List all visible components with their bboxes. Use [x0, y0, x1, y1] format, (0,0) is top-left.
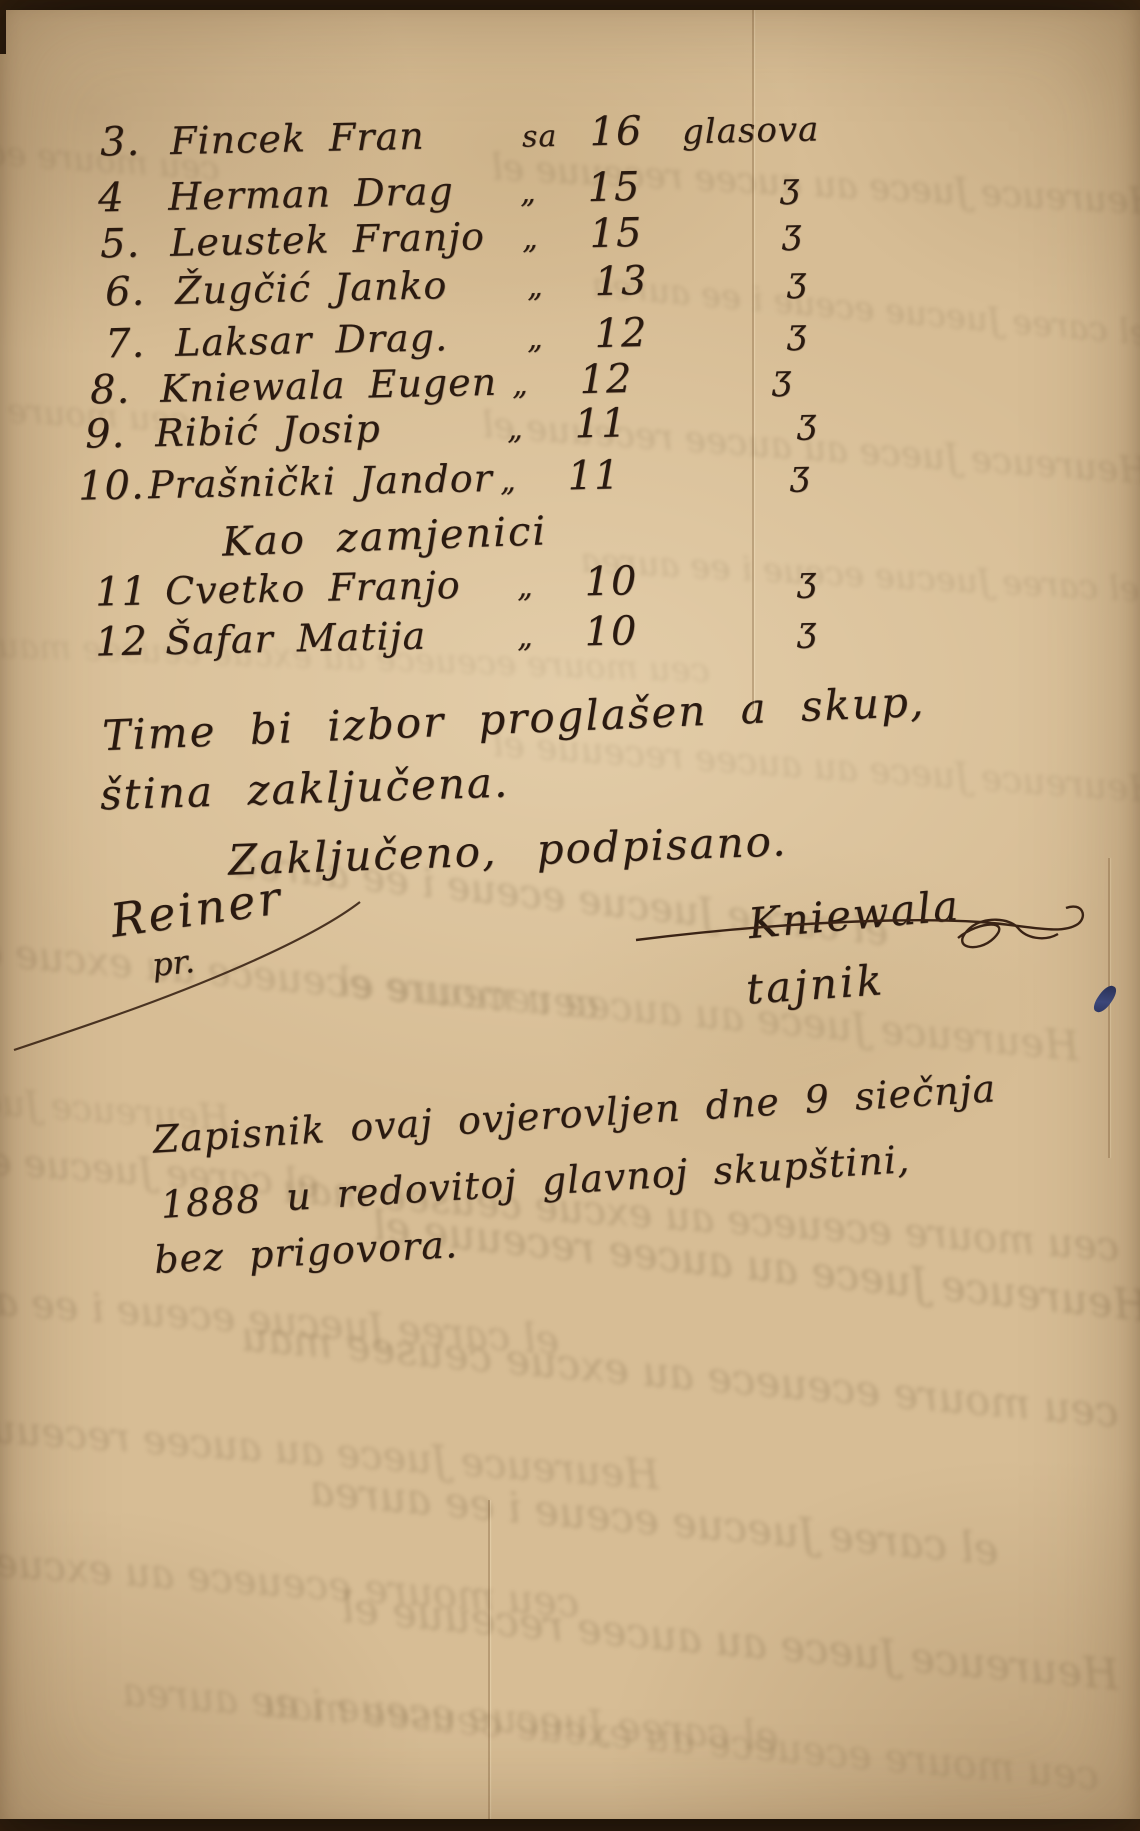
entry-separator: „ — [500, 463, 545, 499]
entry-separator: „ — [517, 619, 562, 655]
manuscript-page: ceu moure eceuece au excue ceusee mauHeu… — [0, 0, 1140, 1831]
entry-name: Herman Drag — [168, 168, 521, 219]
closing-line-2: ština zaključena. — [99, 758, 510, 820]
entry-number: 11 — [95, 568, 166, 615]
entry-unit: ʒ — [671, 312, 808, 355]
entry-name: Prašnički Jandor — [148, 456, 501, 507]
entry-separator: „ — [507, 411, 552, 447]
signature-flourish-left — [8, 886, 368, 1058]
list-entry-row: 3.Fincek Fransa16glasova — [100, 104, 820, 165]
entry-unit: ʒ — [666, 212, 803, 255]
entry-votes: 16 — [565, 108, 666, 156]
entry-name: Leustek Franjo — [170, 214, 523, 265]
fold-crease-vertical — [752, 10, 754, 710]
closing-line-1: Time bi izbor proglašen a skup, — [101, 677, 926, 760]
entry-number: 3. — [100, 118, 171, 165]
bleed-through-text: Heureuce Juece au aucee receuue el — [859, 750, 1140, 812]
blue-ink-mark — [1090, 984, 1120, 1015]
entry-separator: „ — [522, 221, 567, 257]
substitutes-heading: Kao zamjenici — [221, 508, 548, 565]
entry-unit: ʒ — [644, 453, 811, 496]
entry-votes: 10 — [560, 608, 661, 656]
entry-unit: ʒ — [671, 260, 808, 303]
bleed-through-text: el caree Juecue eceue i ee aurea — [59, 1665, 780, 1761]
entry-number: 10. — [78, 462, 149, 509]
entry-number: 5. — [100, 220, 171, 267]
page-edge-crease-right — [1108, 858, 1110, 1158]
entry-name: Ribić Josip — [155, 404, 508, 455]
entry-number: 4 — [98, 174, 169, 221]
bleed-through-text: ceu moure eceuece au excue ceusee mau — [479, 1332, 1121, 1437]
entry-unit: ʒ — [651, 401, 818, 444]
bleed-through-text: el caree Juecue eceue i ee aurea — [39, 1282, 561, 1364]
entry-separator: „ — [520, 175, 565, 211]
signature-paraph-right — [628, 896, 1108, 986]
entry-separator: „ — [527, 321, 572, 357]
bleed-through-text: el caree Juecue eceue i ee aurea — [299, 1465, 1001, 1575]
entry-name: Laksar Drag. — [175, 314, 528, 365]
scan-border-left — [0, 0, 6, 54]
bleed-through-text: Heureuce Juece au aucee receuue el — [0, 1407, 661, 1499]
entry-name: Fincek Fran — [170, 112, 523, 163]
scan-border-bottom — [0, 1819, 1140, 1831]
entry-votes: 11 — [550, 400, 651, 448]
bleed-through-text: Heureuce Juece au aucee receuue el — [819, 429, 1140, 493]
entry-votes: 12 — [555, 356, 656, 404]
entry-unit: ʒ — [661, 559, 818, 602]
list-entry-row: 12Šafar Matija„10ʒ — [95, 604, 818, 665]
entry-votes: 11 — [543, 452, 644, 500]
entry-unit: ʒ — [661, 609, 818, 652]
entry-separator: sa — [522, 119, 567, 155]
entry-votes: 13 — [570, 258, 671, 306]
bleed-through-text: ceu moure eceuece au excue ceusee mau — [0, 1539, 581, 1627]
entry-number: 7. — [105, 320, 176, 367]
bleed-through-text: Heureuce Juece au aucee receuue el — [419, 1590, 1121, 1700]
bleed-through-text: Heureuce Juece au aucee receuue el — [818, 1248, 1140, 1331]
entry-unit: glasova — [666, 109, 820, 152]
entry-separator: „ — [512, 367, 557, 403]
entry-separator: „ — [527, 269, 572, 305]
note-line-3: bez prigovora. — [153, 1222, 459, 1282]
entry-separator: „ — [517, 569, 562, 605]
entry-number: 8. — [90, 366, 161, 413]
list-entry-row: 10.Prašnički Jandor„11ʒ — [78, 448, 811, 509]
closing-line-3: Zaključeno, podpisano. — [227, 816, 788, 884]
entry-name: Cvetko Franjo — [165, 562, 518, 613]
entry-votes: 10 — [560, 558, 661, 606]
entry-name: Žugčić Janko — [175, 262, 528, 313]
entry-unit: ʒ — [664, 166, 801, 209]
entry-votes: 15 — [565, 210, 666, 258]
bleed-through-text: el caree Juecue eceue i ee aurea — [829, 286, 1140, 354]
entry-votes: 12 — [570, 310, 671, 358]
entry-number: 9. — [85, 410, 156, 457]
entry-name: Šafar Matija — [165, 612, 518, 663]
bleed-through-text: ceu moure eceuece au excue ceusee mau — [559, 1707, 1101, 1800]
bleed-through-text: ceu moure eceuece au excue ceusee mau — [559, 1186, 1121, 1271]
entry-number: 6. — [105, 268, 176, 315]
scan-border-top — [0, 0, 1140, 10]
entry-votes: 15 — [563, 164, 664, 212]
stitch-crease-bottom — [488, 1500, 490, 1820]
entry-number: 12 — [95, 618, 166, 665]
entry-unit: ʒ — [656, 358, 793, 401]
